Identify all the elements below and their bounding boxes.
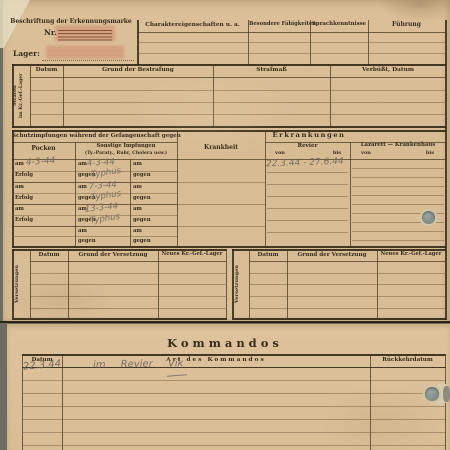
sonstige2-gegen-3: gegen [133, 218, 151, 224]
pocken-am-1: am [15, 162, 24, 168]
lazarett-von-label: von [356, 151, 376, 157]
punishments-side-label-1: Strafen [12, 67, 18, 125]
lager-label: Lager: [13, 50, 40, 58]
torn-edge-notch [443, 386, 450, 402]
punishments-col-strafmass: Strafmaß [213, 67, 330, 73]
sonstige2-am-2: am [133, 185, 142, 191]
transfers-left-col-datum: Datum [30, 252, 68, 258]
card-edge-divider [0, 321, 450, 324]
sonstige2-gegen-2: gegen [133, 196, 151, 202]
pocken-am-2: am [15, 185, 24, 191]
scanned-record-card: Beschriftung der Erkennungsmarke Nr. Lag… [0, 0, 450, 450]
vaccinations-title: Schutzimpfungen während der Gefangenscha… [12, 133, 177, 139]
sonstige2-gegen-4: gegen [133, 239, 151, 245]
col-header-charaktereigenschaften: Charaktereigenschaften u. a. [139, 22, 246, 28]
sonstige-header: Sonstige Impfungen [75, 144, 177, 150]
sonstige2-gegen-1: gegen [133, 173, 151, 179]
kommandos-title: Kommandos [135, 337, 315, 350]
transfers-left-col-lager: Neues Kr.-Gef.-Lager [158, 252, 226, 258]
illnesses-title: Erkrankungen [265, 132, 353, 139]
id-tag-label: Beschriftung der Erkennungsmarke [8, 19, 134, 26]
pocken-am-3: am [15, 207, 24, 213]
revier-von-label: von [270, 151, 290, 157]
sonstige1-am-2: am [78, 185, 87, 191]
pocken-erfolg-1: Erfolg [15, 173, 33, 179]
punch-hole-upper [422, 211, 435, 224]
red-stamp-nr [55, 26, 115, 42]
transfers-right-side-label: Versetzungen [234, 252, 240, 316]
sonstige2-am-3: am [133, 207, 142, 213]
transfers-left-col-grund: Grund der Versetzung [68, 252, 158, 258]
transfers-left-side-label: Versetzungen [14, 252, 20, 316]
revier-header: Revier [265, 143, 350, 149]
col-header-fuehrung: Führung [369, 22, 444, 29]
handwriting-pocken-date: 4-3-44 [26, 156, 56, 168]
sonstige2-am-1: am [133, 162, 142, 168]
punch-hole-lower [425, 387, 439, 401]
pocken-erfolg-3: Erfolg [15, 218, 33, 224]
sonstige-subheader: (Ty.-Paraty., Ruhr, Cholera usw.) [75, 151, 177, 156]
col-header-besondere-faehigkeiten: Besondere Fähigkeiten [249, 22, 309, 28]
sonstige1-am-4: am [78, 229, 87, 235]
pocken-erfolg-2: Erfolg [15, 196, 33, 202]
punishments-col-datum: Datum [30, 67, 63, 73]
kommandos-col-rueckkehr: Rückkehrdatum [370, 357, 445, 363]
sonstige2-am-4: am [133, 229, 142, 235]
punishments-col-verbuesst: Verbüßt, Datum [330, 67, 446, 73]
lazarett-bis-label: bis [420, 151, 440, 157]
punishments-col-grund: Grund der Bestrafung [63, 67, 213, 73]
krankheit-header: Krankheit [177, 145, 265, 152]
sonstige1-gegen-4: gegen [78, 239, 96, 245]
transfers-right-col-datum: Datum [249, 252, 287, 258]
pocken-header: Pocken [12, 146, 75, 153]
transfers-right-col-lager: Neues Kr.-Gef.-Lager [377, 252, 445, 258]
transfers-right-col-grund: Grund der Versetzung [287, 252, 377, 258]
punishments-side-label-2: im Kr.-Gef.-Lager [19, 67, 24, 125]
sonstige1-am-1: am [78, 162, 87, 168]
handwriting-kommando-art: im Revier Vik [93, 358, 184, 371]
col-header-sprachkenntnisse: Sprachkenntnisse [311, 22, 367, 28]
lazarett-header: Lazarett — Krankenhaus [350, 143, 446, 149]
red-stamp-lager [46, 46, 124, 59]
